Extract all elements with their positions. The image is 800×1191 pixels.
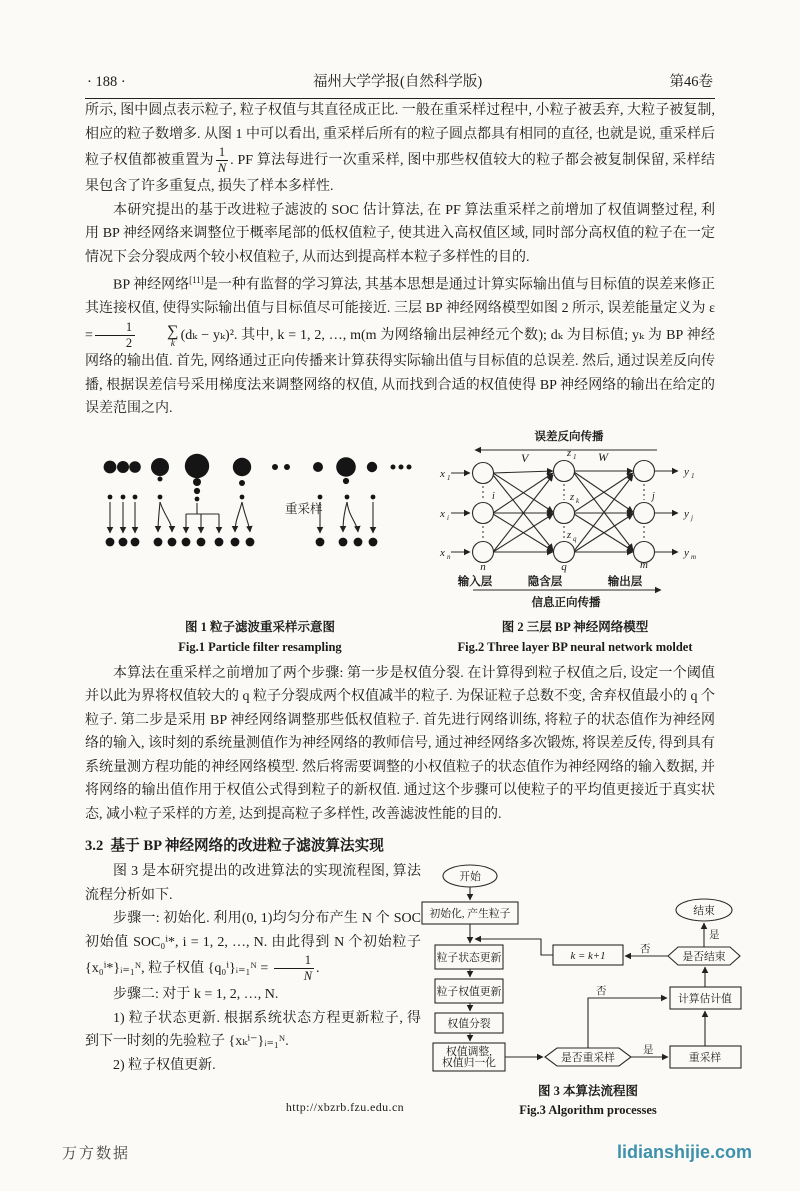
paragraph-2: 本研究提出的基于改进粒子滤波的 SOC 估计算法, 在 PF 算法重采样之前增加…	[85, 199, 715, 270]
flow-intro: 图 3 是本研究提出的改进算法的实现流程图, 算法流程分析如下.	[85, 860, 421, 907]
sigma-subscript: k	[143, 339, 175, 348]
flow-decision-resample: 是否重采样	[545, 1048, 631, 1066]
step-1: 步骤一: 初始化. 利用(0, 1)均匀分布产生 N 个 SOC 初始值 SOC…	[85, 907, 421, 983]
backprop-label: 误差反向传播	[535, 429, 604, 443]
figures-row: 重采样 图 1 粒子滤波重采样示意图	[85, 429, 715, 657]
fraction-numerator: 1	[95, 321, 135, 336]
fraction-denominator: N	[274, 969, 314, 983]
resampled-particles-row	[106, 537, 378, 546]
paragraph-4: 本算法在重采样之前增加了两个步骤: 第一步是权值分裂. 在计算得到粒子权值之后,…	[85, 662, 715, 827]
svg-text:x: x	[439, 468, 445, 480]
section-number: 3.2	[85, 838, 103, 854]
figure-2: 误差反向传播	[435, 429, 715, 657]
svg-text:计算估计值: 计算估计值	[678, 991, 732, 1005]
svg-text:k: k	[576, 497, 580, 505]
svg-text:q: q	[573, 535, 577, 543]
algorithm-flowchart: 开始 初始化, 产生粒子 粒子状态更新 粒子权值更新	[413, 862, 758, 1076]
resample-label: 重采样	[285, 501, 323, 516]
output-labels: y1 yj ym	[683, 466, 696, 561]
svg-text:y: y	[683, 547, 689, 559]
svg-text:重采样: 重采样	[689, 1050, 722, 1064]
step-2: 步骤二: 对于 k = 1, 2, …, N.	[85, 983, 421, 1007]
resampling-arrows	[110, 502, 373, 533]
svg-text:n: n	[480, 561, 486, 573]
wanfang-watermark: 万方数据	[62, 1142, 130, 1163]
paragraph-1: 所示, 图中圆点表示粒子, 粒子权值与其直径成正比. 一般在重采样过程中, 小粒…	[85, 99, 715, 199]
input-to-hidden-connections	[493, 471, 553, 552]
scanned-paper-page: · 188 · 福州大学学报(自然科学版) 第46卷 所示, 图中圆点表示粒子,…	[0, 0, 800, 1191]
body-text-2: 本算法在重采样之前增加了两个步骤: 第一步是权值分裂. 在计算得到粒子权值之后,…	[85, 662, 715, 827]
svg-text:是否重采样: 是否重采样	[561, 1050, 615, 1064]
svg-text:k = k+1: k = k+1	[571, 950, 606, 962]
svg-text:z: z	[566, 448, 571, 459]
svg-text:是否结束: 是否结束	[682, 949, 725, 963]
weighted-particles-row	[104, 453, 412, 493]
page-number: · 188 ·	[87, 74, 126, 91]
svg-text:是: 是	[709, 929, 720, 941]
particle-resampling-diagram: 重采样	[85, 429, 430, 554]
fraction-1-over-2: 12	[93, 321, 137, 350]
flow-node-init: 初始化, 产生粒子	[422, 902, 518, 924]
svg-text:j: j	[690, 514, 693, 522]
page-content: · 188 · 福州大学学报(自然科学版) 第46卷 所示, 图中圆点表示粒子,…	[85, 70, 715, 1098]
section-heading: 3.2 基于 BP 神经网络的改进粒子滤波算法实现	[85, 834, 715, 855]
svg-text:q: q	[561, 561, 567, 573]
svg-text:z: z	[566, 530, 571, 541]
step-1-text-end: .	[316, 961, 320, 976]
flow-node-resample: 重采样	[670, 1046, 741, 1068]
left-column: 图 3 是本研究提出的改进算法的实现流程图, 算法流程分析如下. 步骤一: 初始…	[85, 860, 421, 1077]
svg-text:粒子状态更新: 粒子状态更新	[437, 950, 502, 964]
svg-text:z: z	[569, 492, 574, 503]
svg-text:权值分裂: 权值分裂	[447, 1016, 490, 1030]
fraction-1-over-N: 1N	[214, 146, 230, 175]
summation-symbol: ∑k	[139, 324, 178, 348]
figure-1-caption: 图 1 粒子滤波重采样示意图 Fig.1 Particle filter res…	[85, 617, 435, 657]
fraction-1-over-N-step: 1N	[272, 954, 316, 983]
svg-text:n: n	[447, 553, 451, 561]
flow-node-weight-split: 权值分裂	[435, 1013, 503, 1033]
section-title: 基于 BP 神经网络的改进粒子滤波算法实现	[111, 838, 384, 854]
svg-text:结束: 结束	[693, 903, 715, 917]
fraction-numerator: 1	[274, 954, 314, 969]
svg-text:1: 1	[447, 474, 451, 482]
volume-label: 第46卷	[669, 70, 713, 91]
output-layer-nodes	[634, 460, 655, 562]
svg-text:y: y	[683, 466, 689, 478]
bp-neural-network-diagram: 误差反向传播	[435, 429, 715, 615]
node-index-j: j	[650, 491, 655, 502]
body-text: 所示, 图中圆点表示粒子, 粒子权值与其直径成正比. 一般在重采样过程中, 小粒…	[85, 99, 715, 421]
node-index-i: i	[492, 491, 495, 502]
svg-text:否: 否	[640, 943, 651, 955]
paragraph-3: BP 神经网络[11]是一种有监督的学习算法, 其基本思想是通过计算实际输出值与…	[85, 269, 715, 420]
svg-text:i: i	[447, 514, 449, 522]
page-header: · 188 · 福州大学学报(自然科学版) 第46卷	[85, 70, 715, 99]
svg-text:1: 1	[573, 453, 577, 461]
svg-text:是: 是	[643, 1044, 654, 1056]
svg-text:粒子权值更新: 粒子权值更新	[437, 984, 502, 998]
svg-text:y: y	[683, 508, 689, 520]
bottom-block: 图 3 是本研究提出的改进算法的实现流程图, 算法流程分析如下. 步骤一: 初始…	[85, 860, 715, 1098]
input-layer-nodes	[473, 462, 494, 562]
figure-2-caption: 图 2 三层 BP 神经网络模型 Fig.2 Three layer BP ne…	[435, 617, 715, 657]
flow-node-start: 开始	[443, 865, 497, 887]
figure-3: 开始 初始化, 产生粒子 粒子状态更新 粒子权值更新	[413, 862, 763, 1120]
paragraph-3-text-cont: (dₖ − yₖ)². 其中, k = 1, 2, …, m(m 为网络输出层神…	[85, 328, 715, 416]
flow-decision-end: 是否结束	[668, 947, 740, 965]
flow-node-estimate: 计算估计值	[670, 987, 741, 1009]
step-1-text: 步骤一: 初始化. 利用(0, 1)均匀分布产生 N 个 SOC 初始值 SOC…	[85, 911, 421, 976]
svg-text:输出层: 输出层	[607, 574, 643, 588]
figure-2-canvas: 误差反向传播	[435, 429, 715, 615]
forward-label: 信息正向传播	[532, 595, 601, 609]
step-2-item-2: 2) 粒子权值更新.	[85, 1054, 421, 1078]
flow-node-k-increment: k = k+1	[553, 945, 623, 965]
svg-text:m: m	[691, 553, 696, 561]
input-labels: x1 xi xn	[439, 468, 451, 561]
input-arrows	[451, 473, 470, 552]
journal-url: http://xbzrb.fzu.edu.cn	[85, 1100, 605, 1115]
figure-1-caption-zh: 图 1 粒子滤波重采样示意图	[85, 617, 435, 637]
flow-node-weight-adjust: 权值调整, 权值归一化	[433, 1043, 505, 1071]
paragraph-3-text: BP 神经网络	[113, 278, 189, 293]
hidden-to-output-connections	[574, 471, 633, 552]
fraction-numerator: 1	[216, 146, 228, 161]
flow-node-state-update: 粒子状态更新	[435, 945, 503, 969]
layer-name-labels: 输入层 隐含层 输出层	[457, 574, 643, 588]
site-watermark: lidianshijie.com	[617, 1142, 752, 1163]
fraction-denominator: N	[216, 161, 228, 175]
sample-dots-row	[108, 494, 376, 501]
figure-3-caption-zh: 图 3 本算法流程图	[413, 1082, 763, 1101]
figure-1-canvas: 重采样	[85, 429, 435, 615]
svg-text:开始: 开始	[459, 869, 482, 883]
svg-text:x: x	[439, 547, 445, 559]
svg-text:1: 1	[691, 472, 695, 480]
figure-1-caption-en: Fig.1 Particle filter resampling	[85, 637, 435, 657]
svg-text:初始化, 产生粒子: 初始化, 产生粒子	[430, 906, 511, 920]
svg-text:m: m	[640, 559, 648, 571]
figure-1: 重采样 图 1 粒子滤波重采样示意图	[85, 429, 435, 657]
weight-matrix-v: V	[521, 451, 530, 465]
svg-text:x: x	[439, 508, 445, 520]
flow-node-weight-update: 粒子权值更新	[435, 979, 503, 1003]
step-2-item-1: 1) 粒子状态更新. 根据系统状态方程更新粒子, 得到下一时刻的先验粒子 {xₖ…	[85, 1007, 421, 1054]
layer-count-labels: n q m	[480, 559, 648, 573]
svg-text:否: 否	[596, 985, 607, 997]
citation-ref: [11]	[189, 275, 204, 285]
figure-2-caption-zh: 图 2 三层 BP 神经网络模型	[435, 617, 715, 637]
output-arrows	[655, 471, 678, 552]
journal-title: 福州大学学报(自然科学版)	[313, 70, 482, 91]
svg-text:权值调整,: 权值调整,	[446, 1044, 492, 1058]
fraction-denominator: 2	[95, 336, 135, 350]
hidden-layer-nodes	[554, 460, 575, 562]
weight-matrix-w: W	[598, 450, 609, 464]
figure-2-caption-en: Fig.2 Three layer BP neural network mold…	[435, 637, 715, 657]
svg-text:隐含层: 隐含层	[528, 574, 563, 588]
svg-text:权值归一化: 权值归一化	[442, 1055, 496, 1069]
flow-node-end: 结束	[676, 899, 732, 921]
svg-text:输入层: 输入层	[457, 574, 493, 588]
